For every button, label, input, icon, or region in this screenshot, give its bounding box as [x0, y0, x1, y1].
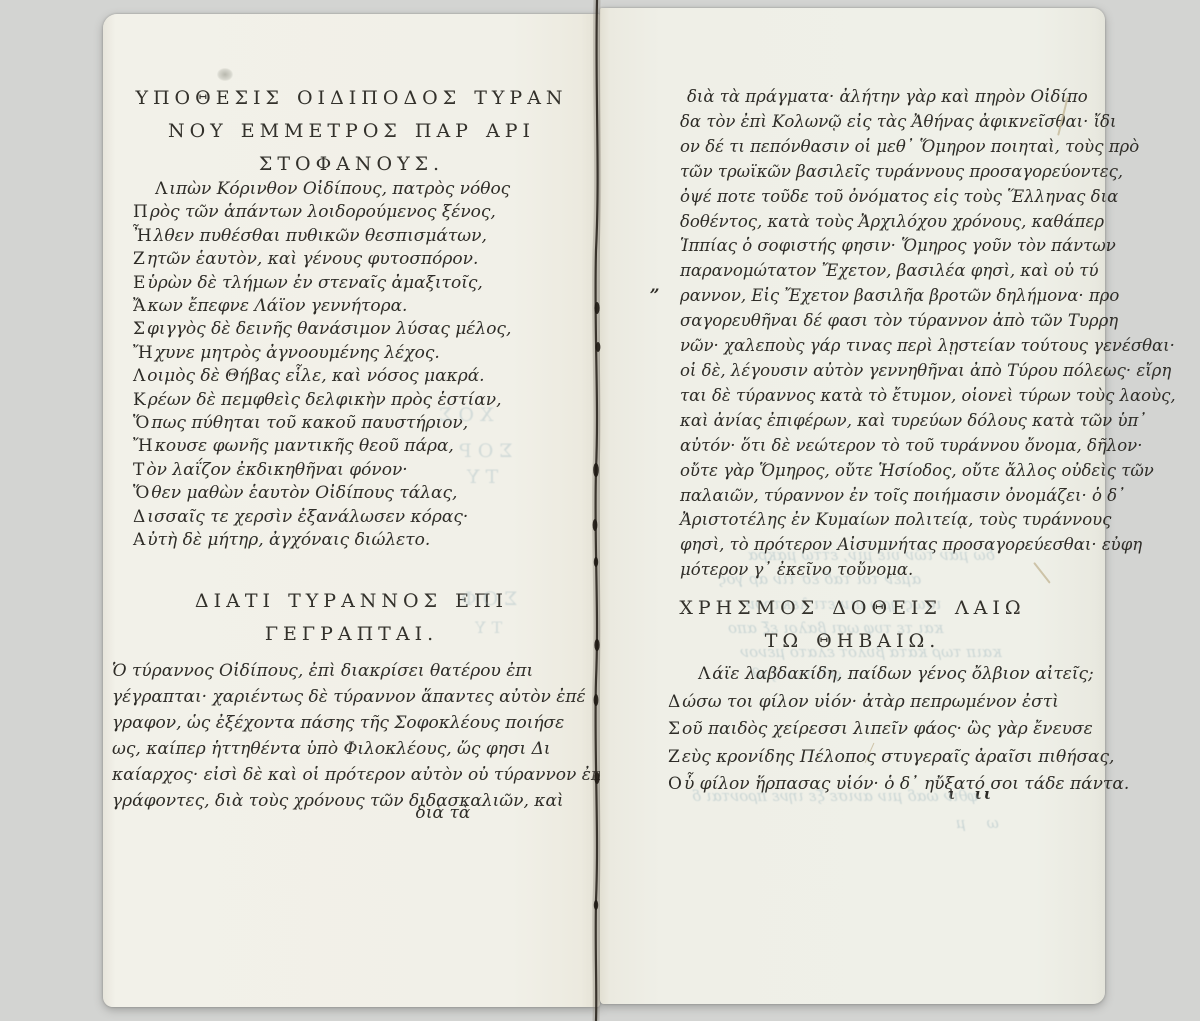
- book-photograph: { "book": { "left_page": { "heading1": {…: [0, 0, 1200, 1021]
- show-through-text: δω μαν τῶν υἱε μιν, εττω μακρα: [748, 546, 995, 564]
- left-heading-hypothesis: ΥΠΟΘΕΣΙΣ ΟΙΔΙΠΟΔΟΣ ΤΥΡΑΝΝΟΥ ΕΜΜΕΤΡΟΣ ΠΑΡ…: [103, 82, 600, 181]
- show-through-text: ΧΟΣ: [433, 404, 494, 426]
- show-through-text: ω μ: [948, 814, 999, 832]
- verse-line: Ἄκων ἔπεφνε Λάϊον γεννήτορα.: [133, 295, 511, 318]
- heading-line: ΧΡΗΣΜΟΣ ΔΟΘΕΙΣ ΛΑΙΩ: [600, 592, 1105, 625]
- prose-line: νῶν· χαλεποὺς γάρ τινας περὶ λῃστείαν το…: [680, 334, 1176, 359]
- verse-line: Δισσαῖς τε χερσὶν ἐξανάλωσεν κόρας·: [133, 506, 511, 529]
- hypothesis-verse-block: Λιπὼν Κόρινθον Οἰδίπους, πατρὸς νόθοςΠρὸ…: [133, 178, 511, 553]
- prose-line: ὀψέ ποτε τοῦδε τοῦ ὀνόματος εἰς τοὺς Ἕλλ…: [680, 185, 1176, 210]
- verse-line: Σφιγγὸς δὲ δεινῆς θανάσιμον λύσας μέλος,: [133, 318, 511, 341]
- show-through-text: ΣΟΡ: [453, 440, 513, 462]
- right-prose-block: διὰ τὰ πράγματα· ἀλήτην γὰρ καὶ πηρὸν Οἰ…: [680, 85, 1176, 583]
- prose-line: δοθέντος, κατὰ τοὺς Ἀρχιλόχου χρόνους, κ…: [680, 210, 1176, 235]
- verse-line: Οὗ φίλον ἥρπασας υἱόν· ὁ δ᾽ ηὔξατό σοι τ…: [668, 771, 1129, 799]
- prose-line: οἱ δὲ, λέγουσιν αὐτὸν γεννηθῆναι ἀπὸ Τύρ…: [680, 359, 1176, 384]
- prose-line: οὔτε γὰρ Ὅμηρος, οὔτε Ἡσίοδος, οὔτε ἄλλο…: [680, 459, 1176, 484]
- verse-line: Εὑρὼν δὲ τλήμων ἐν στεναῖς ἀμαξιτοῖς,: [133, 272, 511, 295]
- heading-line: ΥΠΟΘΕΣΙΣ ΟΙΔΙΠΟΔΟΣ ΤΥΡΑΝ: [103, 82, 600, 115]
- verse-line: Ἤχυνε μητρὸς ἀγνοουμένης λέχος.: [133, 342, 511, 365]
- prose-line: Ἀριστοτέλης ἐν Κυμαίων πολιτείᾳ, τοὺς τυ…: [680, 508, 1176, 533]
- show-through-text: αμεν τοι ταδ εσ τιν αρ γος: [718, 570, 921, 588]
- heading-line: ΤΩ ΘΗΒΑΙΩ.: [600, 625, 1105, 658]
- prose-line: Ἱππίας ὁ σοφιστής φησιν· Ὅμηρος γοῦν τὸν…: [680, 234, 1176, 259]
- prose-line: Ὁ τύραννος Οἰδίπους, ἐπὶ διακρίσει θατέρ…: [112, 658, 582, 684]
- left-prose-block: Ὁ τύραννος Οἰδίπους, ἐπὶ διακρίσει θατέρ…: [112, 658, 582, 814]
- left-heading-diati: ΔΙΑΤΙ ΤΥΡΑΝΝΟΣ ΕΠΙΓΕΓΡΑΠΤΑΙ.: [103, 585, 600, 651]
- prose-line: καίαρχος· εἰσὶ δὲ καὶ οἱ πρότερον αὐτὸν …: [112, 762, 582, 788]
- prose-line: ον δέ τι πεπόνθασιν οἱ μεθ᾽ Ὅμηρον ποιητ…: [680, 135, 1176, 160]
- prose-line: τῶν τρωϊκῶν βασιλεῖς τυράννους προσαγορε…: [680, 160, 1176, 185]
- right-page: διὰ τὰ πράγματα· ἀλήτην γὰρ καὶ πηρὸν Οἰ…: [600, 8, 1105, 1004]
- verse-line: Ζητῶν ἑαυτὸν, καὶ γένους φυτοσπόρον.: [133, 248, 511, 271]
- verse-line: Τὸν λαΐζον ἐκδικηθῆναι φόνον·: [133, 459, 511, 482]
- margin-quotation-mark: „: [650, 276, 660, 296]
- heading-line: ΝΟΥ ΕΜΜΕΤΡΟΣ ΠΑΡ ΑΡΙ: [103, 115, 600, 148]
- prose-line: γέγραπται· χαριέντως δὲ τύραννον ἅπαντες…: [112, 684, 582, 710]
- show-through-text: ΤΥ: [461, 466, 498, 488]
- prose-line: αὐτόν· ὅτι δὲ νεώτερον τὸ τοῦ τυράννου ὄ…: [680, 434, 1176, 459]
- verse-line: Δώσω τοι φίλον υἱόν· ἀτὰρ πεπρωμένον ἐστ…: [668, 689, 1129, 717]
- verse-line: Λιπὼν Κόρινθον Οἰδίπους, πατρὸς νόθος: [133, 178, 511, 201]
- right-heading-oracle: ΧΡΗΣΜΟΣ ΔΟΘΕΙΣ ΛΑΙΩΤΩ ΘΗΒΑΙΩ.: [600, 592, 1105, 658]
- verse-line: Πρὸς τῶν ἁπάντων λοιδορούμενος ξένος,: [133, 201, 511, 224]
- oracle-verse-block: Λάϊε λαβδακίδη, παίδων γένος ὄλβιον αἰτε…: [668, 661, 1129, 799]
- paper-stain: [217, 68, 233, 81]
- open-book: ΥΠΟΘΕΣΙΣ ΟΙΔΙΠΟΔΟΣ ΤΥΡΑΝΝΟΥ ΕΜΜΕΤΡΟΣ ΠΑΡ…: [0, 0, 1200, 1021]
- verse-line: Λάϊε λαβδακίδη, παίδων γένος ὄλβιον αἰτε…: [668, 661, 1129, 689]
- verse-line: Σοῦ παιδὸς χείρεσσι λιπεῖν φάος· ὣς γὰρ …: [668, 716, 1129, 744]
- left-page: ΥΠΟΘΕΣΙΣ ΟΙΔΙΠΟΔΟΣ ΤΥΡΑΝΝΟΥ ΕΜΜΕΤΡΟΣ ΠΑΡ…: [103, 14, 600, 1007]
- show-through-text: ΣΟΦ: [455, 588, 518, 610]
- prose-line: ται δὲ τύραννος κατὰ τὸ ἔτυμον, οἱονεὶ τ…: [680, 384, 1176, 409]
- prose-line: δα τὸν ἐπὶ Κολωνῷ εἰς τὰς Ἀθήνας ἀφικνεῖ…: [680, 110, 1176, 135]
- catchword: διὰ τὰ: [363, 803, 523, 823]
- prose-line: παρανομώτατον Ἔχετον, βασιλέα φησὶ, καὶ …: [680, 259, 1176, 284]
- prose-line: γραφον, ὡς ἐξέχοντα πάσης τῆς Σοφοκλέους…: [112, 710, 582, 736]
- prose-line: σαγορευθῆναι δέ φασι τὸν τύραννον ἀπὸ τῶ…: [680, 309, 1176, 334]
- heading-line: ΣΤΟΦΑΝΟΥΣ.: [103, 148, 600, 181]
- verse-line: Ἦλθεν πυθέσθαι πυθικῶν θεσπισμάτων,: [133, 225, 511, 248]
- prose-line: ραννον, Εἰς Ἔχετον βασιλῆα βροτῶν δηλήμο…: [680, 284, 1176, 309]
- verse-line: Αὐτὴ δὲ μήτηρ, ἀγχόναις διώλετο.: [133, 529, 511, 552]
- prose-line: παλαιῶν, τύραννον ἐν τοῖς ποιήμασιν ὀνομ…: [680, 484, 1176, 509]
- verse-line: Ζεὺς κρονίδης Πέλοπος στυγεραῖς ἀραῖσι π…: [668, 744, 1129, 772]
- verse-line: Ὅθεν μαθὼν ἑαυτὸν Οἰδίπους τάλας,: [133, 482, 511, 505]
- heading-line: ΔΙΑΤΙ ΤΥΡΑΝΝΟΣ ΕΠΙ: [103, 585, 600, 618]
- prose-line: καὶ ἀνίας ἐπιφέρων, καὶ τυρεύων δόλους κ…: [680, 409, 1176, 434]
- prose-line: διὰ τὰ πράγματα· ἀλήτην γὰρ καὶ πηρὸν Οἰ…: [680, 85, 1176, 110]
- prose-line: ως, καίπερ ἡττηθέντα ὑπὸ Φιλοκλέους, ὥς …: [112, 736, 582, 762]
- show-through-text: ΤΥ: [469, 618, 502, 637]
- verse-line: Λοιμὸς δὲ Θήβας εἷλε, καὶ νόσος μακρά.: [133, 365, 511, 388]
- heading-line: ΓΕΓΡΑΠΤΑΙ.: [103, 618, 600, 651]
